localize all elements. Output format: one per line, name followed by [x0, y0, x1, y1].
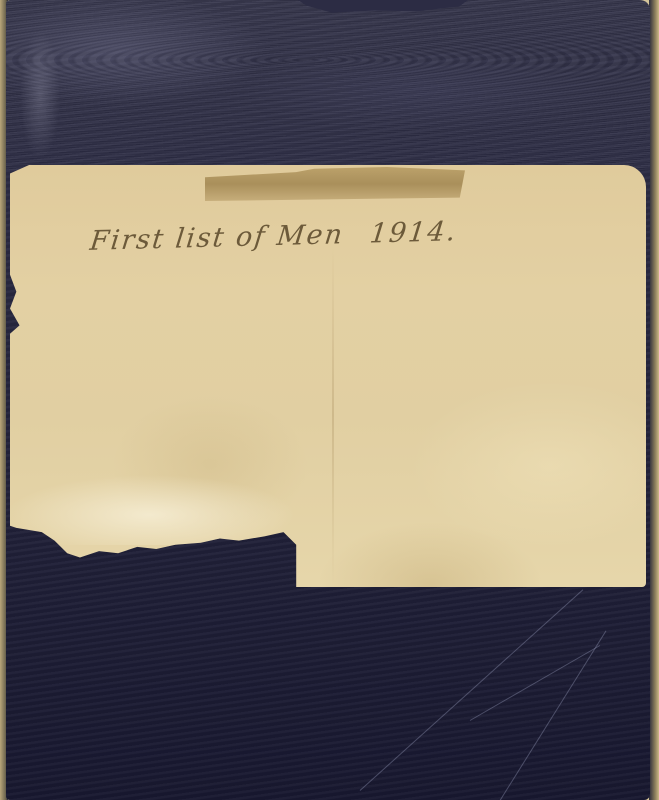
- cover-wear-mark: [20, 30, 60, 160]
- photo-edge-right: [649, 0, 659, 800]
- cover-cloth-texture: [6, 0, 650, 170]
- notebook-photo: First list of Men1914.: [0, 0, 659, 800]
- label-crease: [332, 245, 334, 585]
- adhesive-tape: [205, 167, 465, 201]
- paper-label: First list of Men1914.: [10, 165, 646, 587]
- handwritten-text: First list of Men: [88, 219, 345, 257]
- label-worn-area: [10, 455, 310, 545]
- handwritten-title: First list of Men1914.: [88, 216, 459, 257]
- handwritten-year: 1914.: [368, 216, 459, 249]
